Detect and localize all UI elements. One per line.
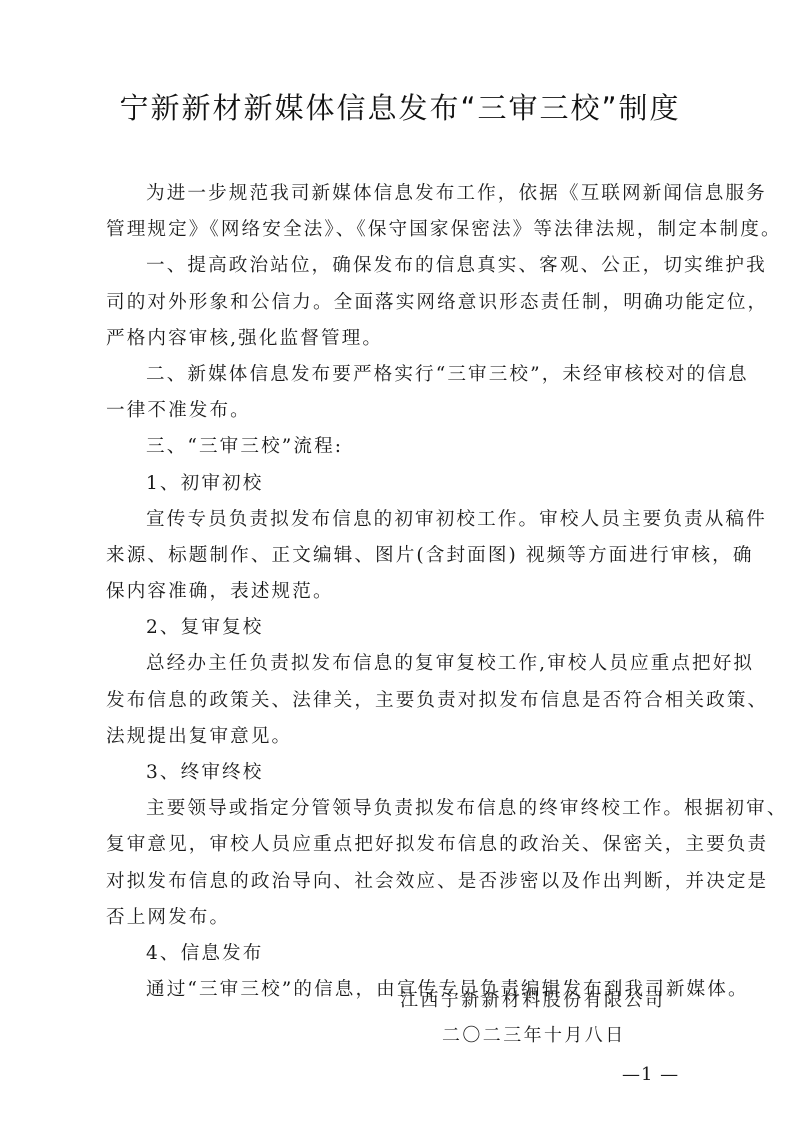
paragraph-line: 一、提高政治站位，确保发布的信息真实、客观、公正，切实维护我 [106,248,708,284]
paragraph-line: 二、新媒体信息发布要严格实行“三审三校”，未经审核校对的信息 [106,357,708,393]
paragraph-line: 否上网发布。 [106,900,708,936]
paragraph-line: 宣传专员负责拟发布信息的初审初校工作。审校人员主要负责从稿件 [106,502,708,538]
paragraph-line: 复审意见，审校人员应重点把好拟发布信息的政治关、保密关，主要负责 [106,827,708,863]
paragraph-line: 总经办主任负责拟发布信息的复审复校工作,审校人员应重点把好拟 [106,646,708,682]
paragraph-line: 管理规定》《网络安全法》、《保守国家保密法》等法律法规，制定本制度。 [106,212,708,248]
signature-company: 江西宁新新材料股份有限公司 [400,986,665,1012]
paragraph-line: 1、初审初校 [106,466,708,502]
paragraph-line: 来源、标题制作、正文编辑、图片(含封面图) 视频等方面进行审核，确 [106,538,708,574]
paragraph-line: 发布信息的政策关、法律关，主要负责对拟发布信息是否符合相关政策、 [106,683,708,719]
page-number: —1 — [622,1064,679,1085]
signature-date: 二〇二三年十月八日 [442,1021,626,1047]
paragraph-line: 对拟发布信息的政治导向、社会效应、是否涉密以及作出判断，并决定是 [106,864,708,900]
paragraph-line: 司的对外形象和公信力。全面落实网络意识形态责任制，明确功能定位， [106,285,708,321]
paragraph-line: 主要领导或指定分管领导负责拟发布信息的终审终校工作。根据初审、 [106,791,708,827]
paragraph-line: 4、信息发布 [106,936,708,972]
paragraph-line: 严格内容审核,强化监督管理。 [106,321,708,357]
paragraph-line: 保内容准确，表述规范。 [106,574,708,610]
paragraph-line: 为进一步规范我司新媒体信息发布工作，依据《互联网新闻信息服务 [106,176,708,212]
paragraph-line: 2、复审复校 [106,610,708,646]
document-body: 为进一步规范我司新媒体信息发布工作，依据《互联网新闻信息服务管理规定》《网络安全… [106,176,708,1008]
paragraph-line: 法规提出复审意见。 [106,719,708,755]
paragraph-line: 三、“三审三校”流程: [106,429,708,465]
document-title: 宁新新材新媒体信息发布“三审三校”制度 [0,86,800,127]
paragraph-line: 3、终审终校 [106,755,708,791]
paragraph-line: 一律不准发布。 [106,393,708,429]
